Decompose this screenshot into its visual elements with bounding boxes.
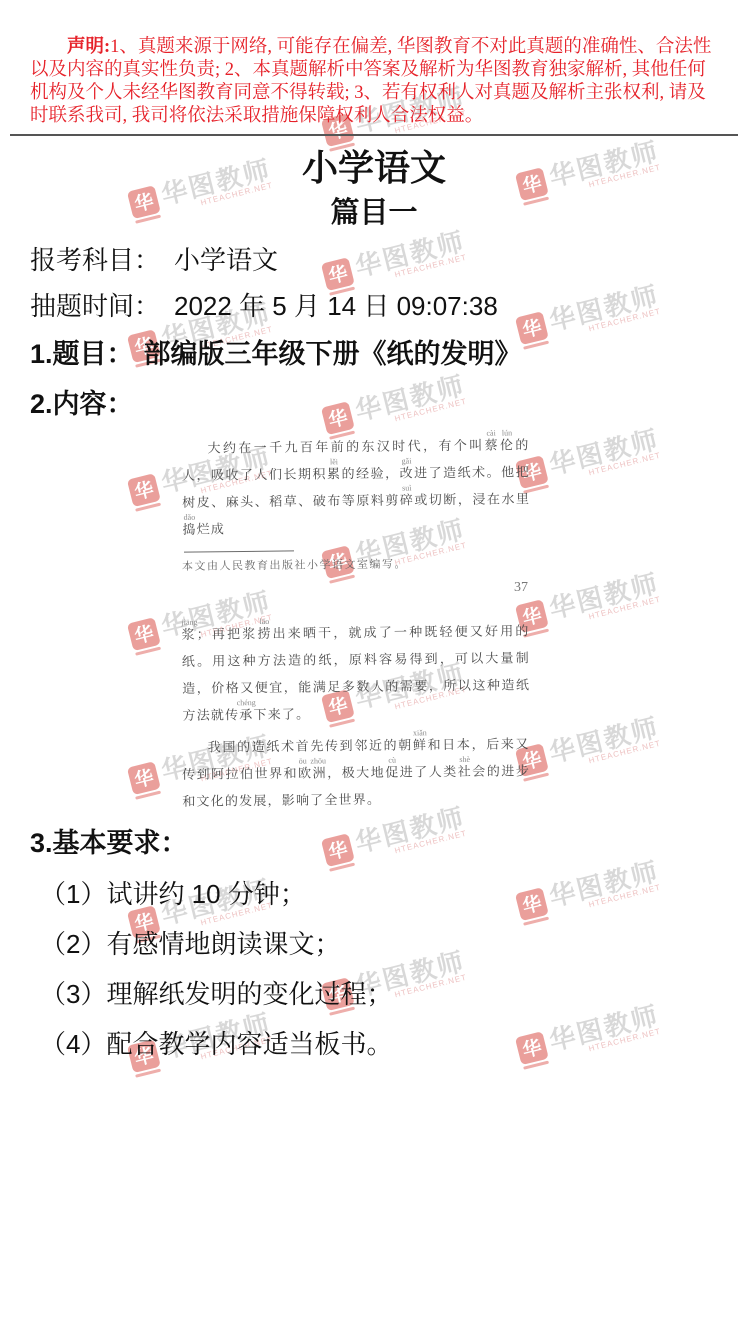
requirement-item-1: （1）试讲约 10 分钟；	[40, 875, 748, 913]
disclaimer-text: 1、真题来源于网络, 可能存在偏差, 华图教育不对此真题的准确性、合法性以及内容…	[30, 37, 711, 126]
requirement-item-3: （3）理解纸发明的变化过程；	[40, 975, 748, 1013]
divider-line	[10, 134, 738, 136]
disclaimer-label: 声明:	[67, 37, 110, 57]
subject-line: 报考科目：小学语文	[30, 242, 748, 278]
watermark-logo-caption	[135, 1068, 161, 1077]
textbook-paragraph: 浆jiāng；再把浆捞lāo出来晒干，就成了一种既轻便又好用的纸。用这种方法造的…	[181, 614, 530, 729]
document-content: 声明:1、真题来源于网络, 可能存在偏差, 华图教育不对此真题的准确性、合法性以…	[0, 36, 748, 1063]
footnote-text: 本文由人民教育出版社小学语文室编写。	[182, 554, 530, 574]
textbook-paragraph: 我国的造纸术首先传到邻近的朝鲜xiǎn和日本，后来又传到阿拉伯世界和欧洲ōu z…	[182, 727, 531, 815]
question-title-line: 1.题目：部编版三年级下册《纸的发明》	[30, 334, 748, 374]
question-label: 1.题目：	[30, 339, 134, 369]
draw-time-line: 抽题时间：2022 年 5 月 14 日 09:07:38	[30, 288, 748, 324]
section-title: 篇目一	[0, 194, 748, 232]
requirement-item-4: （4）配合教学内容适当板书。	[40, 1025, 748, 1063]
document-page: 华华图教师HTEACHER.NET华华图教师HTEACHER.NET华华图教师H…	[0, 0, 748, 1334]
question-value: 部编版三年级下册《纸的发明》	[144, 339, 522, 369]
textbook-scan-page-37: 大约在一千九百年前的东汉时代，有个叫蔡伦cài lún的人，吸收了人们长期积累l…	[172, 424, 540, 596]
requirements-label: 3.基本要求：	[30, 828, 188, 858]
textbook-paragraph: 大约在一千九百年前的东汉时代，有个叫蔡伦cài lún的人，吸收了人们长期积累l…	[181, 428, 530, 543]
draw-time-label: 抽题时间：	[30, 291, 160, 321]
page-number: 37	[182, 580, 530, 596]
page-title: 小学语文	[0, 146, 748, 190]
textbook-scan-page-38: 浆jiāng；再把浆捞lāo出来晒干，就成了一种既轻便又好用的纸。用这种方法造的…	[172, 610, 540, 813]
subject-label: 报考科目：	[30, 245, 160, 275]
content-label-line: 2.内容：	[30, 384, 748, 424]
footnote-rule	[184, 550, 294, 552]
draw-time-value: 2022 年 5 月 14 日 09:07:38	[174, 291, 498, 321]
disclaimer: 声明:1、真题来源于网络, 可能存在偏差, 华图教育不对此真题的准确性、合法性以…	[30, 36, 718, 128]
subject-value: 小学语文	[174, 245, 278, 275]
requirements-title-line: 3.基本要求：	[30, 823, 748, 863]
content-label: 2.内容：	[30, 389, 134, 419]
requirement-item-2: （2）有感情地朗读课文；	[40, 925, 748, 963]
